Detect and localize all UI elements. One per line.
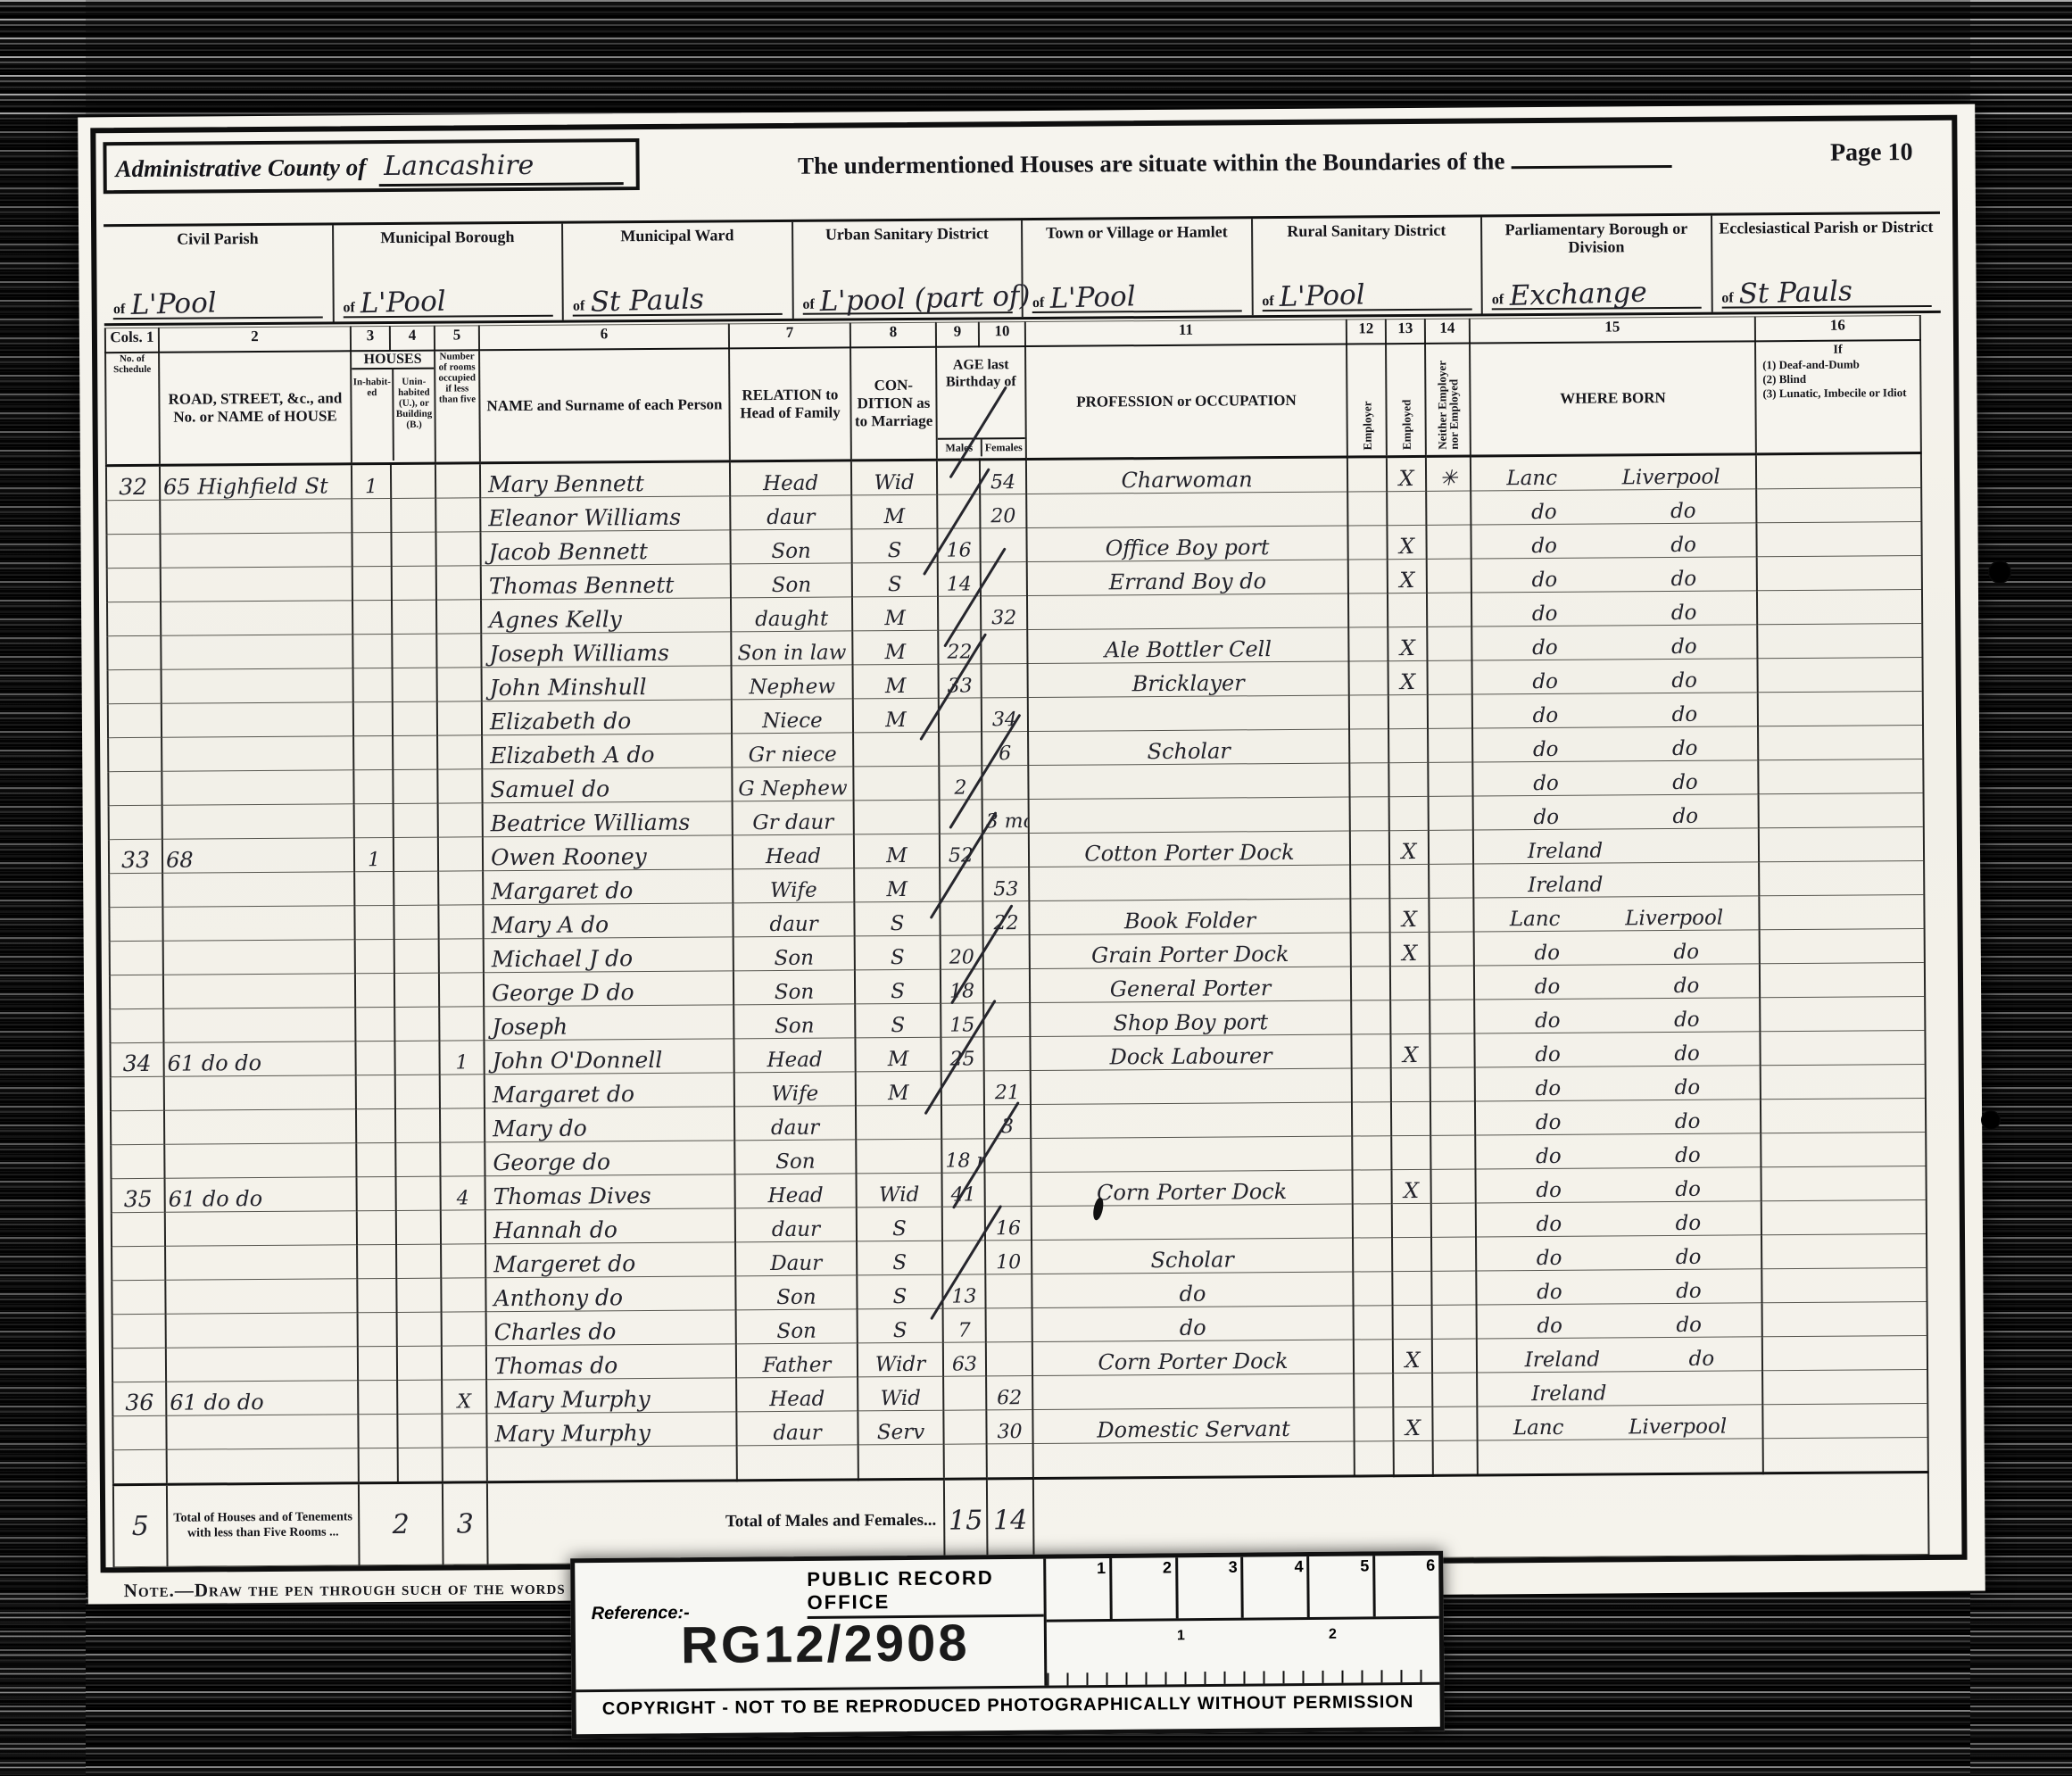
cell-employed [1388, 728, 1428, 762]
cell-infirm [1759, 861, 1924, 896]
cell-inhabited: 1 [352, 464, 391, 499]
cell-relation: Son [736, 1309, 858, 1344]
totals-males-value: 15 [944, 1479, 988, 1561]
totals-empty [1033, 1473, 1929, 1561]
district-field-handwritten: L'Pool [1279, 281, 1365, 311]
district-field: Municipal Borough of L'Pool [334, 224, 564, 322]
scanner-streaks-right [1970, 0, 2072, 1776]
cell-relation: Son [733, 970, 855, 1005]
header-neither: Neither Employer nor Employed [1425, 344, 1471, 457]
cell-uninhabited [396, 1278, 441, 1312]
cell-road [161, 635, 352, 670]
cell-neither [1427, 627, 1471, 660]
cell-infirm [1760, 997, 1925, 1032]
cell-schedule [108, 737, 162, 771]
district-field-handwritten: L'pool (part of) [819, 283, 1031, 316]
cell-road: 61 do do [166, 1381, 358, 1416]
born-county: do [1537, 1213, 1562, 1236]
cell-born: do do [1471, 489, 1756, 525]
cell-occupation: Errand Boy do [1027, 560, 1348, 596]
cell-employer [1353, 1272, 1392, 1306]
cell-condition: M [855, 1037, 941, 1072]
cell-condition: S [857, 1274, 942, 1309]
cell-employer [1355, 1441, 1394, 1476]
born-town: do [1672, 703, 1698, 726]
cell-uninhabited [398, 1448, 443, 1482]
situate-label: The undermentioned Houses are situate wi… [798, 147, 1504, 179]
pro-reference-stamp: PUBLIC RECORD OFFICE Reference:- RG12/29… [570, 1551, 1445, 1739]
cell-infirm [1761, 1166, 1926, 1201]
col-num-13: 13 [1386, 319, 1425, 344]
cell-rooms [438, 905, 483, 939]
district-field-value: of L'Pool [1032, 283, 1242, 313]
cell-employed [1393, 1373, 1432, 1407]
cell-condition [858, 1444, 944, 1480]
cell-rooms [439, 939, 484, 973]
cell-infirm [1761, 1200, 1927, 1235]
cell-schedule [112, 1246, 165, 1280]
cell-inhabited [358, 1380, 397, 1414]
cell-infirm [1758, 759, 1923, 794]
scanner-streaks-top [0, 0, 2072, 116]
header-infirm-if: If [1762, 343, 1913, 358]
cell-born: do do [1474, 1032, 1760, 1067]
cell-employed: X [1388, 559, 1427, 593]
cell-inhabited [353, 701, 393, 735]
cell-condition: S [858, 1308, 943, 1343]
cell-employer [1349, 729, 1388, 763]
cell-age-male: 52 [940, 834, 982, 867]
born-county: do [1535, 1043, 1561, 1066]
cell-employed [1392, 1203, 1431, 1237]
ruler-number: 1 [1097, 1559, 1106, 1578]
cell-road [163, 1008, 355, 1043]
cell-schedule [112, 1415, 166, 1449]
cell-relation: Niece [732, 699, 853, 734]
cell-neither [1431, 1237, 1476, 1271]
header-employer-label: Employer [1361, 350, 1373, 450]
cell-neither [1430, 1067, 1475, 1101]
header-employer: Employer [1347, 344, 1387, 457]
cell-infirm [1761, 1234, 1927, 1269]
cell-road [164, 1109, 356, 1145]
cell-occupation: Cotton Porter Dock [1029, 831, 1350, 867]
cell-neither [1431, 1203, 1476, 1237]
cell-employed [1394, 1440, 1433, 1475]
scanner-streaks-left [0, 0, 86, 1776]
born-county: do [1532, 602, 1558, 626]
cell-neither [1430, 1135, 1475, 1169]
district-field-handwritten: L'Pool [130, 289, 217, 319]
ruler-inch-cell: 3 [1178, 1557, 1244, 1619]
cell-schedule [112, 1280, 165, 1314]
copyright-notice: COPYRIGHT - NOT TO BE REPRODUCED PHOTOGR… [576, 1682, 1439, 1726]
cell-uninhabited [393, 735, 437, 769]
cell-age-male [942, 1241, 985, 1274]
cell-uninhabited [394, 939, 439, 973]
cell-road: 61 do do [165, 1177, 357, 1213]
district-field-handwritten: St Pauls [1738, 278, 1852, 308]
cell-uninhabited [392, 600, 436, 634]
cell-inhabited [357, 1278, 396, 1312]
cell-employer [1347, 457, 1387, 492]
cell-name: Joseph [484, 1005, 733, 1041]
cell-name: Thomas do [486, 1344, 736, 1380]
cell-born: do do [1476, 1201, 1761, 1237]
cell-relation: Head [733, 1038, 855, 1073]
cell-inhabited [359, 1448, 398, 1482]
cell-uninhabited [395, 1075, 440, 1108]
cell-name: Mary Bennett [480, 461, 730, 498]
cell-schedule [113, 1449, 167, 1484]
cell-name: Beatrice Williams [483, 801, 733, 837]
cell-employed [1387, 491, 1426, 525]
cell-relation: Head [730, 461, 851, 496]
cell-road [163, 940, 355, 975]
district-field: Town or Village or Hamlet of L'Pool [1023, 219, 1253, 317]
cell-uninhabited [394, 973, 439, 1007]
cell-schedule [112, 1212, 165, 1246]
cell-infirm [1762, 1302, 1927, 1337]
cell-name: Hannah do [485, 1208, 735, 1244]
district-field-value: of L'Pool [343, 288, 552, 319]
cell-schedule [107, 568, 161, 602]
born-town: do [1689, 1348, 1715, 1371]
cell-schedule [108, 669, 162, 703]
cell-occupation [1033, 1441, 1355, 1479]
col-num-6: 6 [479, 324, 729, 350]
cell-age-female [987, 1444, 1033, 1479]
header-houses-group: HOUSES In-habit-ed Unin-habited (U.), or… [351, 351, 435, 464]
cell-born: do do [1475, 1066, 1761, 1101]
born-county: do [1536, 1145, 1562, 1168]
cell-schedule [109, 907, 162, 941]
ruler-number: 6 [1426, 1556, 1435, 1575]
born-county: do [1533, 704, 1559, 727]
cell-age-male: 7 [943, 1308, 986, 1342]
cell-uninhabited [393, 668, 437, 701]
cell-relation: Son [733, 1004, 855, 1039]
cell-occupation: Scholar [1032, 1238, 1353, 1274]
born-county: do [1532, 670, 1558, 693]
of-prefix: of [1032, 295, 1044, 311]
cell-condition: S [855, 1003, 941, 1038]
born-county: do [1535, 1009, 1561, 1033]
pro-office-title: PUBLIC RECORD OFFICE [807, 1566, 1043, 1619]
cell-uninhabited [393, 769, 437, 803]
cell-neither [1426, 491, 1471, 525]
cell-road [162, 770, 353, 806]
cell-occupation [1026, 492, 1347, 528]
cell-name: Margeret do [485, 1242, 735, 1278]
cell-employer [1352, 1102, 1391, 1136]
cell-rooms [438, 803, 483, 837]
cell-rooms [437, 701, 482, 735]
cell-inhabited [357, 1176, 396, 1210]
cell-age-male: 15 [941, 1003, 983, 1037]
ruler-number: 2 [1329, 1627, 1337, 1643]
cell-condition: Wid [856, 1173, 941, 1208]
born-town: do [1674, 1042, 1700, 1066]
cell-relation: Head [734, 1174, 856, 1208]
cell-employer [1354, 1407, 1393, 1441]
cell-schedule: 36 [112, 1382, 166, 1415]
born-county: Lanc [1506, 467, 1557, 490]
cell-uninhabited [392, 566, 436, 600]
cell-infirm [1759, 827, 1924, 862]
header-infirm-1: (1) Deaf-and-Dumb [1762, 357, 1913, 372]
cell-infirm [1759, 895, 1924, 930]
of-prefix: of [802, 297, 814, 313]
district-field-value: of L'Pool [1262, 282, 1471, 312]
cell-neither [1432, 1339, 1477, 1373]
cell-rooms [440, 1075, 485, 1108]
cell-occupation: Shop Boy port [1030, 1000, 1351, 1037]
cell-employer [1353, 1204, 1392, 1238]
cell-road [162, 702, 353, 738]
cell-name: Margaret do [485, 1073, 734, 1108]
born-town: do [1670, 500, 1696, 523]
cell-infirm [1757, 556, 1922, 591]
admin-county-value: Lancashire [378, 149, 623, 187]
district-field: Urban Sanitary District of L'pool (part … [793, 220, 1024, 319]
born-county: do [1534, 942, 1560, 965]
born-town: do [1672, 737, 1698, 760]
cell-inhabited [353, 668, 393, 701]
cell-age-female [982, 766, 1028, 800]
born-town: do [1672, 771, 1698, 794]
cell-schedule [109, 805, 162, 839]
cell-road [160, 499, 352, 535]
census-page: Administrative County of Lancashire The … [78, 104, 1985, 1605]
cell-uninhabited [396, 1244, 441, 1278]
cell-relation: Son in law [731, 631, 852, 666]
cell-rooms [443, 1448, 487, 1482]
born-county: do [1537, 1315, 1562, 1338]
district-field: Parliamentary Borough or Division of Exc… [1482, 216, 1712, 314]
cell-born: do do [1475, 1133, 1761, 1169]
cell-condition: M [854, 834, 940, 868]
cell-employed: X [1393, 1339, 1432, 1373]
cell-employer [1351, 967, 1390, 1000]
col-num-15: 15 [1470, 317, 1755, 344]
born-town: do [1674, 1076, 1700, 1100]
of-prefix: of [1492, 292, 1504, 308]
reference-number: RG12/2908 [681, 1613, 970, 1675]
born-town: do [1675, 1144, 1701, 1167]
cell-rooms: 1 [439, 1041, 484, 1075]
cell-uninhabited [397, 1380, 442, 1414]
cell-born [1478, 1439, 1763, 1475]
cell-condition: Wid [851, 460, 937, 495]
header-females: Females [982, 439, 1025, 456]
census-table: Cols. 1 2 3 4 5 6 7 8 9 10 11 12 13 14 1… [104, 315, 1930, 1567]
district-field-value: of L'pool (part of) [802, 285, 1012, 315]
cell-condition [854, 800, 940, 834]
cell-occupation [1032, 1373, 1354, 1410]
cell-condition: M [853, 664, 939, 699]
cell-rooms [436, 566, 481, 600]
cell-born: Lanc Liverpool [1477, 1405, 1762, 1440]
cell-age-male [940, 901, 982, 935]
cell-relation: Father [736, 1343, 858, 1378]
cell-infirm [1762, 1370, 1927, 1405]
cell-employed [1389, 864, 1429, 898]
cell-condition: Wid [858, 1376, 943, 1411]
cell-relation: Son [730, 529, 851, 564]
cell-relation [737, 1445, 858, 1481]
cell-employer [1348, 593, 1388, 627]
cell-rooms: X [442, 1380, 486, 1414]
header-employed: Employed [1386, 344, 1426, 457]
cell-neither [1428, 728, 1472, 762]
col-num-5: 5 [435, 326, 479, 351]
cell-age-female [986, 1308, 1032, 1342]
cell-occupation: Charwoman [1026, 457, 1347, 494]
cell-neither [1432, 1305, 1477, 1339]
cell-neither [1430, 1000, 1474, 1033]
cell-neither [1430, 966, 1474, 1000]
cell-born: Ireland [1473, 862, 1759, 898]
cell-neither [1427, 660, 1471, 694]
ruler-number: 4 [1294, 1557, 1303, 1576]
cell-occupation [1031, 1068, 1352, 1105]
born-county: do [1531, 535, 1557, 558]
header-uninhabited: Unin-habited (U.), or Building (B.) [394, 369, 435, 461]
born-town: do [1674, 975, 1700, 998]
cell-rooms [439, 973, 484, 1007]
cell-occupation: Domestic Servant [1032, 1407, 1354, 1444]
cell-born: do do [1472, 726, 1758, 762]
col-num-9: 9 [936, 322, 979, 347]
col-num-1: Cols. 1 [105, 328, 159, 353]
cell-inhabited [352, 533, 391, 567]
born-county: do [1535, 975, 1561, 999]
cell-born: do do [1475, 1100, 1761, 1135]
cell-inhabited [352, 634, 392, 668]
ruler-number: 1 [1177, 1628, 1185, 1644]
cell-rooms [436, 600, 481, 634]
born-county: do [1531, 568, 1557, 592]
cell-road [165, 1211, 357, 1247]
cell-occupation [1028, 695, 1349, 732]
cell-infirm [1758, 726, 1923, 760]
cell-road [165, 1245, 357, 1281]
cell-inhabited [353, 735, 393, 769]
cell-relation: daur [735, 1208, 857, 1242]
of-prefix: of [573, 298, 584, 314]
cell-employer [1350, 865, 1389, 899]
cell-neither [1429, 864, 1473, 898]
born-town: do [1670, 568, 1696, 591]
cell-inhabited [353, 769, 393, 803]
header-relation: RELATION to Head of Family [729, 347, 851, 461]
cell-employed [1392, 1237, 1431, 1271]
cell-name [487, 1446, 737, 1482]
cell-occupation: do [1032, 1306, 1354, 1342]
cell-born: Ireland do [1477, 1337, 1762, 1373]
cell-neither [1429, 830, 1473, 864]
cell-born: do do [1477, 1303, 1762, 1339]
cell-born: Lanc Liverpool [1471, 454, 1756, 491]
situate-blank-line [1511, 144, 1671, 169]
totals-females-value: 14 [987, 1479, 1034, 1561]
cell-schedule [107, 602, 161, 635]
district-field-label: Urban Sanitary District [825, 224, 989, 243]
born-county: Ireland [1525, 1349, 1600, 1373]
col-num-11: 11 [1025, 320, 1347, 346]
born-county: Ireland [1531, 1382, 1606, 1407]
cell-condition [856, 1139, 941, 1174]
district-field-label: Rural Sanitary District [1287, 221, 1446, 240]
born-town: do [1676, 1212, 1702, 1235]
cell-employed: X [1389, 898, 1429, 932]
cell-relation: Son [735, 1275, 857, 1310]
cell-neither [1426, 525, 1471, 559]
cell-employed: X [1391, 1169, 1430, 1203]
cell-neither [1430, 1101, 1475, 1135]
cell-neither: ✳ [1426, 456, 1471, 491]
cell-employer [1352, 1170, 1391, 1204]
cell-employer [1354, 1306, 1393, 1340]
cell-rooms [442, 1346, 486, 1380]
cell-age-female [983, 969, 1030, 1003]
cell-schedule [110, 1008, 163, 1042]
header-road: ROAD, STREET, &c., and No. or NAME of HO… [159, 351, 352, 465]
header-rooms: Number of rooms occupied if less than fi… [435, 350, 480, 463]
cell-employer [1351, 1000, 1390, 1034]
cell-employer [1349, 695, 1388, 729]
cell-relation: Daur [735, 1241, 857, 1276]
reference-label: Reference:- [592, 1603, 690, 1624]
cell-occupation: Ale Bottler Cell [1027, 627, 1348, 664]
cell-name: George do [485, 1141, 734, 1176]
admin-county-label: Administrative County of [116, 154, 367, 183]
cell-neither [1432, 1407, 1477, 1440]
born-county: do [1536, 1179, 1562, 1202]
cell-road [161, 567, 352, 602]
cell-age-female [981, 630, 1027, 664]
cell-infirm [1761, 1099, 1926, 1133]
cell-age-female: 10 [985, 1241, 1032, 1274]
cell-employed [1391, 1067, 1430, 1101]
cell-age-female: 21 [984, 1071, 1031, 1105]
district-field-label: Town or Village or Hamlet [1046, 222, 1228, 241]
ruler-inch-cell: 6 [1375, 1556, 1438, 1617]
cell-inhabited [358, 1312, 397, 1346]
cell-occupation: Dock Labourer [1030, 1034, 1351, 1071]
totals-row: 5 Total of Houses and of Tenements with … [113, 1473, 1929, 1567]
district-field-handwritten: St Pauls [590, 286, 704, 316]
cell-inhabited [354, 905, 394, 939]
cell-infirm [1762, 1404, 1927, 1439]
cell-employed [1390, 966, 1430, 1000]
cell-inhabited [356, 1108, 395, 1142]
cell-age-female: 3 mo [982, 800, 1029, 834]
cell-neither [1427, 593, 1471, 627]
cell-uninhabited [394, 1041, 439, 1075]
cell-uninhabited [394, 871, 438, 905]
header-males: Males [938, 439, 982, 456]
cell-age-male [943, 1410, 986, 1444]
district-field: Civil Parish of L'Pool [104, 225, 334, 323]
cell-employed: X [1390, 1033, 1430, 1067]
header-condition: CON-DITION as to Marriage [850, 347, 937, 461]
cell-infirm [1756, 522, 1921, 557]
cell-uninhabited [391, 498, 435, 532]
cell-rooms [435, 532, 480, 566]
cell-occupation [1032, 1204, 1353, 1241]
